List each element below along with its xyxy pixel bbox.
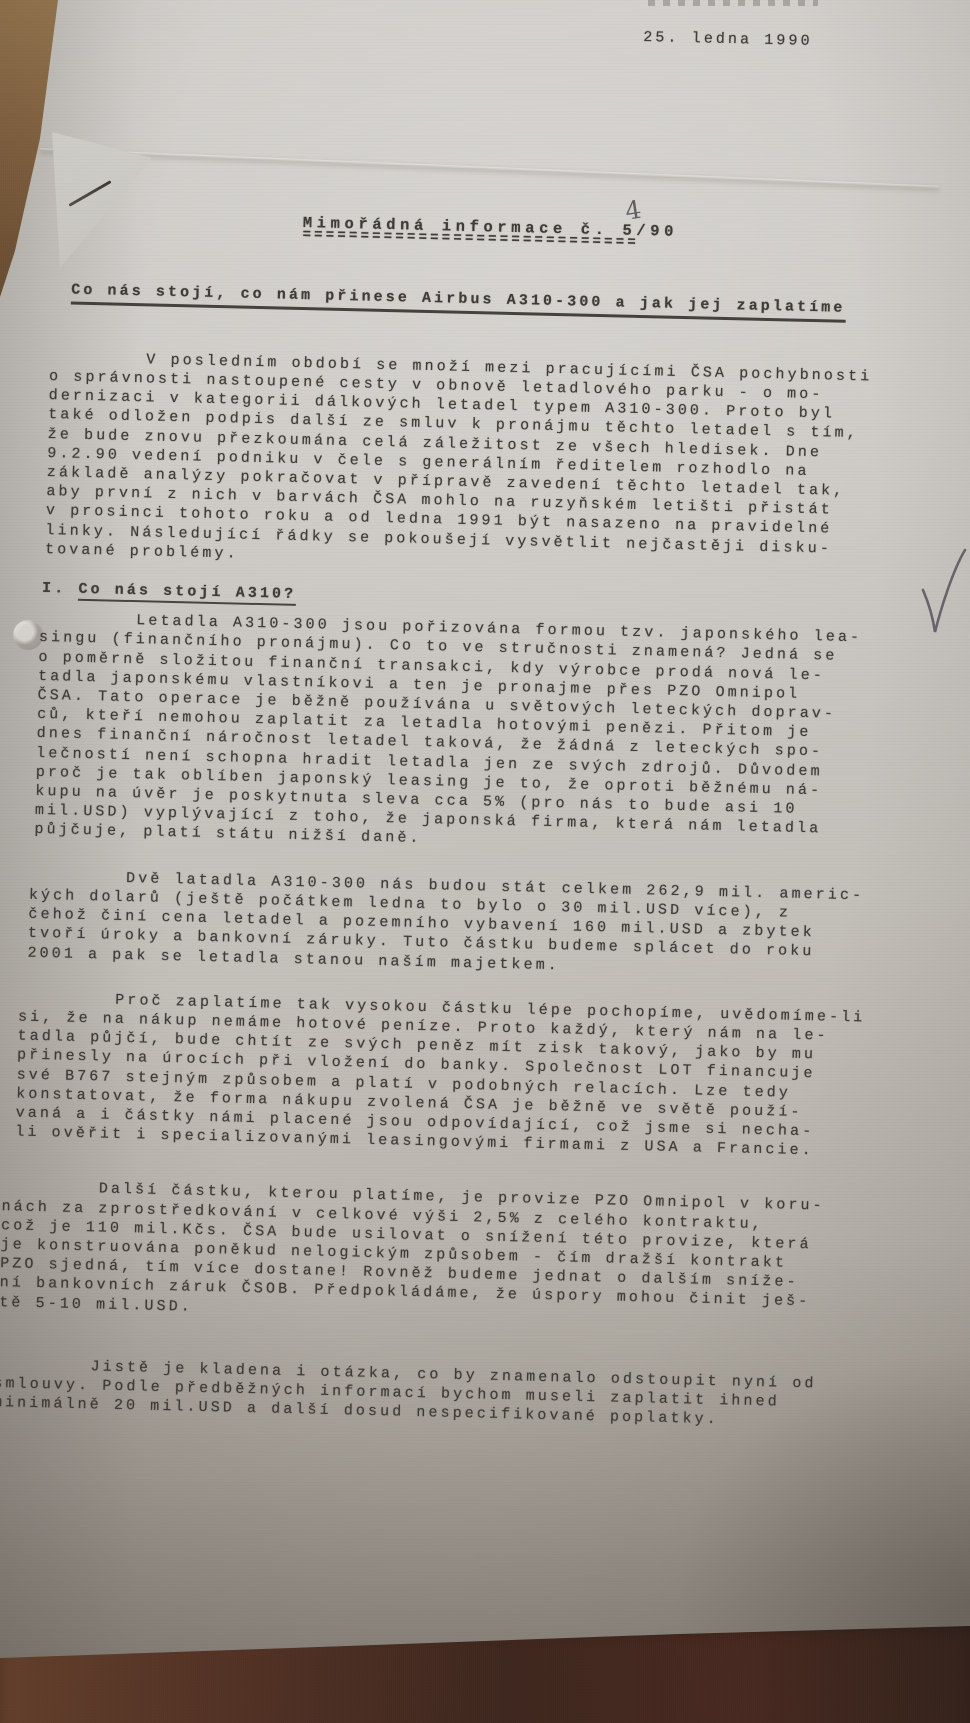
paragraph-4: Proč zaplatíme tak vysokou částku lépe p… bbox=[15, 988, 918, 1163]
document-photo: 25. ledna 1990 Mimořádná informace č. 5/… bbox=[0, 0, 970, 1723]
document-subtitle: Co nás stojí, co nám přinese Airbus A310… bbox=[71, 280, 846, 322]
handwritten-number-annotation: 4 bbox=[623, 195, 643, 226]
cut-off-text-remnant bbox=[648, 0, 818, 6]
paragraph-5: Další částku, kterou platíme, je provize… bbox=[0, 1177, 914, 1333]
date-line: 25. ledna 1990 bbox=[643, 28, 941, 54]
typewritten-content: 25. ledna 1990 Mimořádná informace č. 5/… bbox=[19, 0, 942, 1434]
paragraph-1: V posledním období se množí mezi pracují… bbox=[45, 348, 934, 580]
paragraph-2: Letadla A310-300 jsou pořizována formou … bbox=[34, 609, 927, 860]
section-heading-number: I. bbox=[42, 580, 79, 598]
section-heading-text: Co nás stojí A310? bbox=[78, 581, 296, 606]
handwritten-checkmark-icon bbox=[918, 546, 970, 651]
paragraph-3: Dvě latadla A310-300 nás budou stát celk… bbox=[27, 866, 921, 983]
